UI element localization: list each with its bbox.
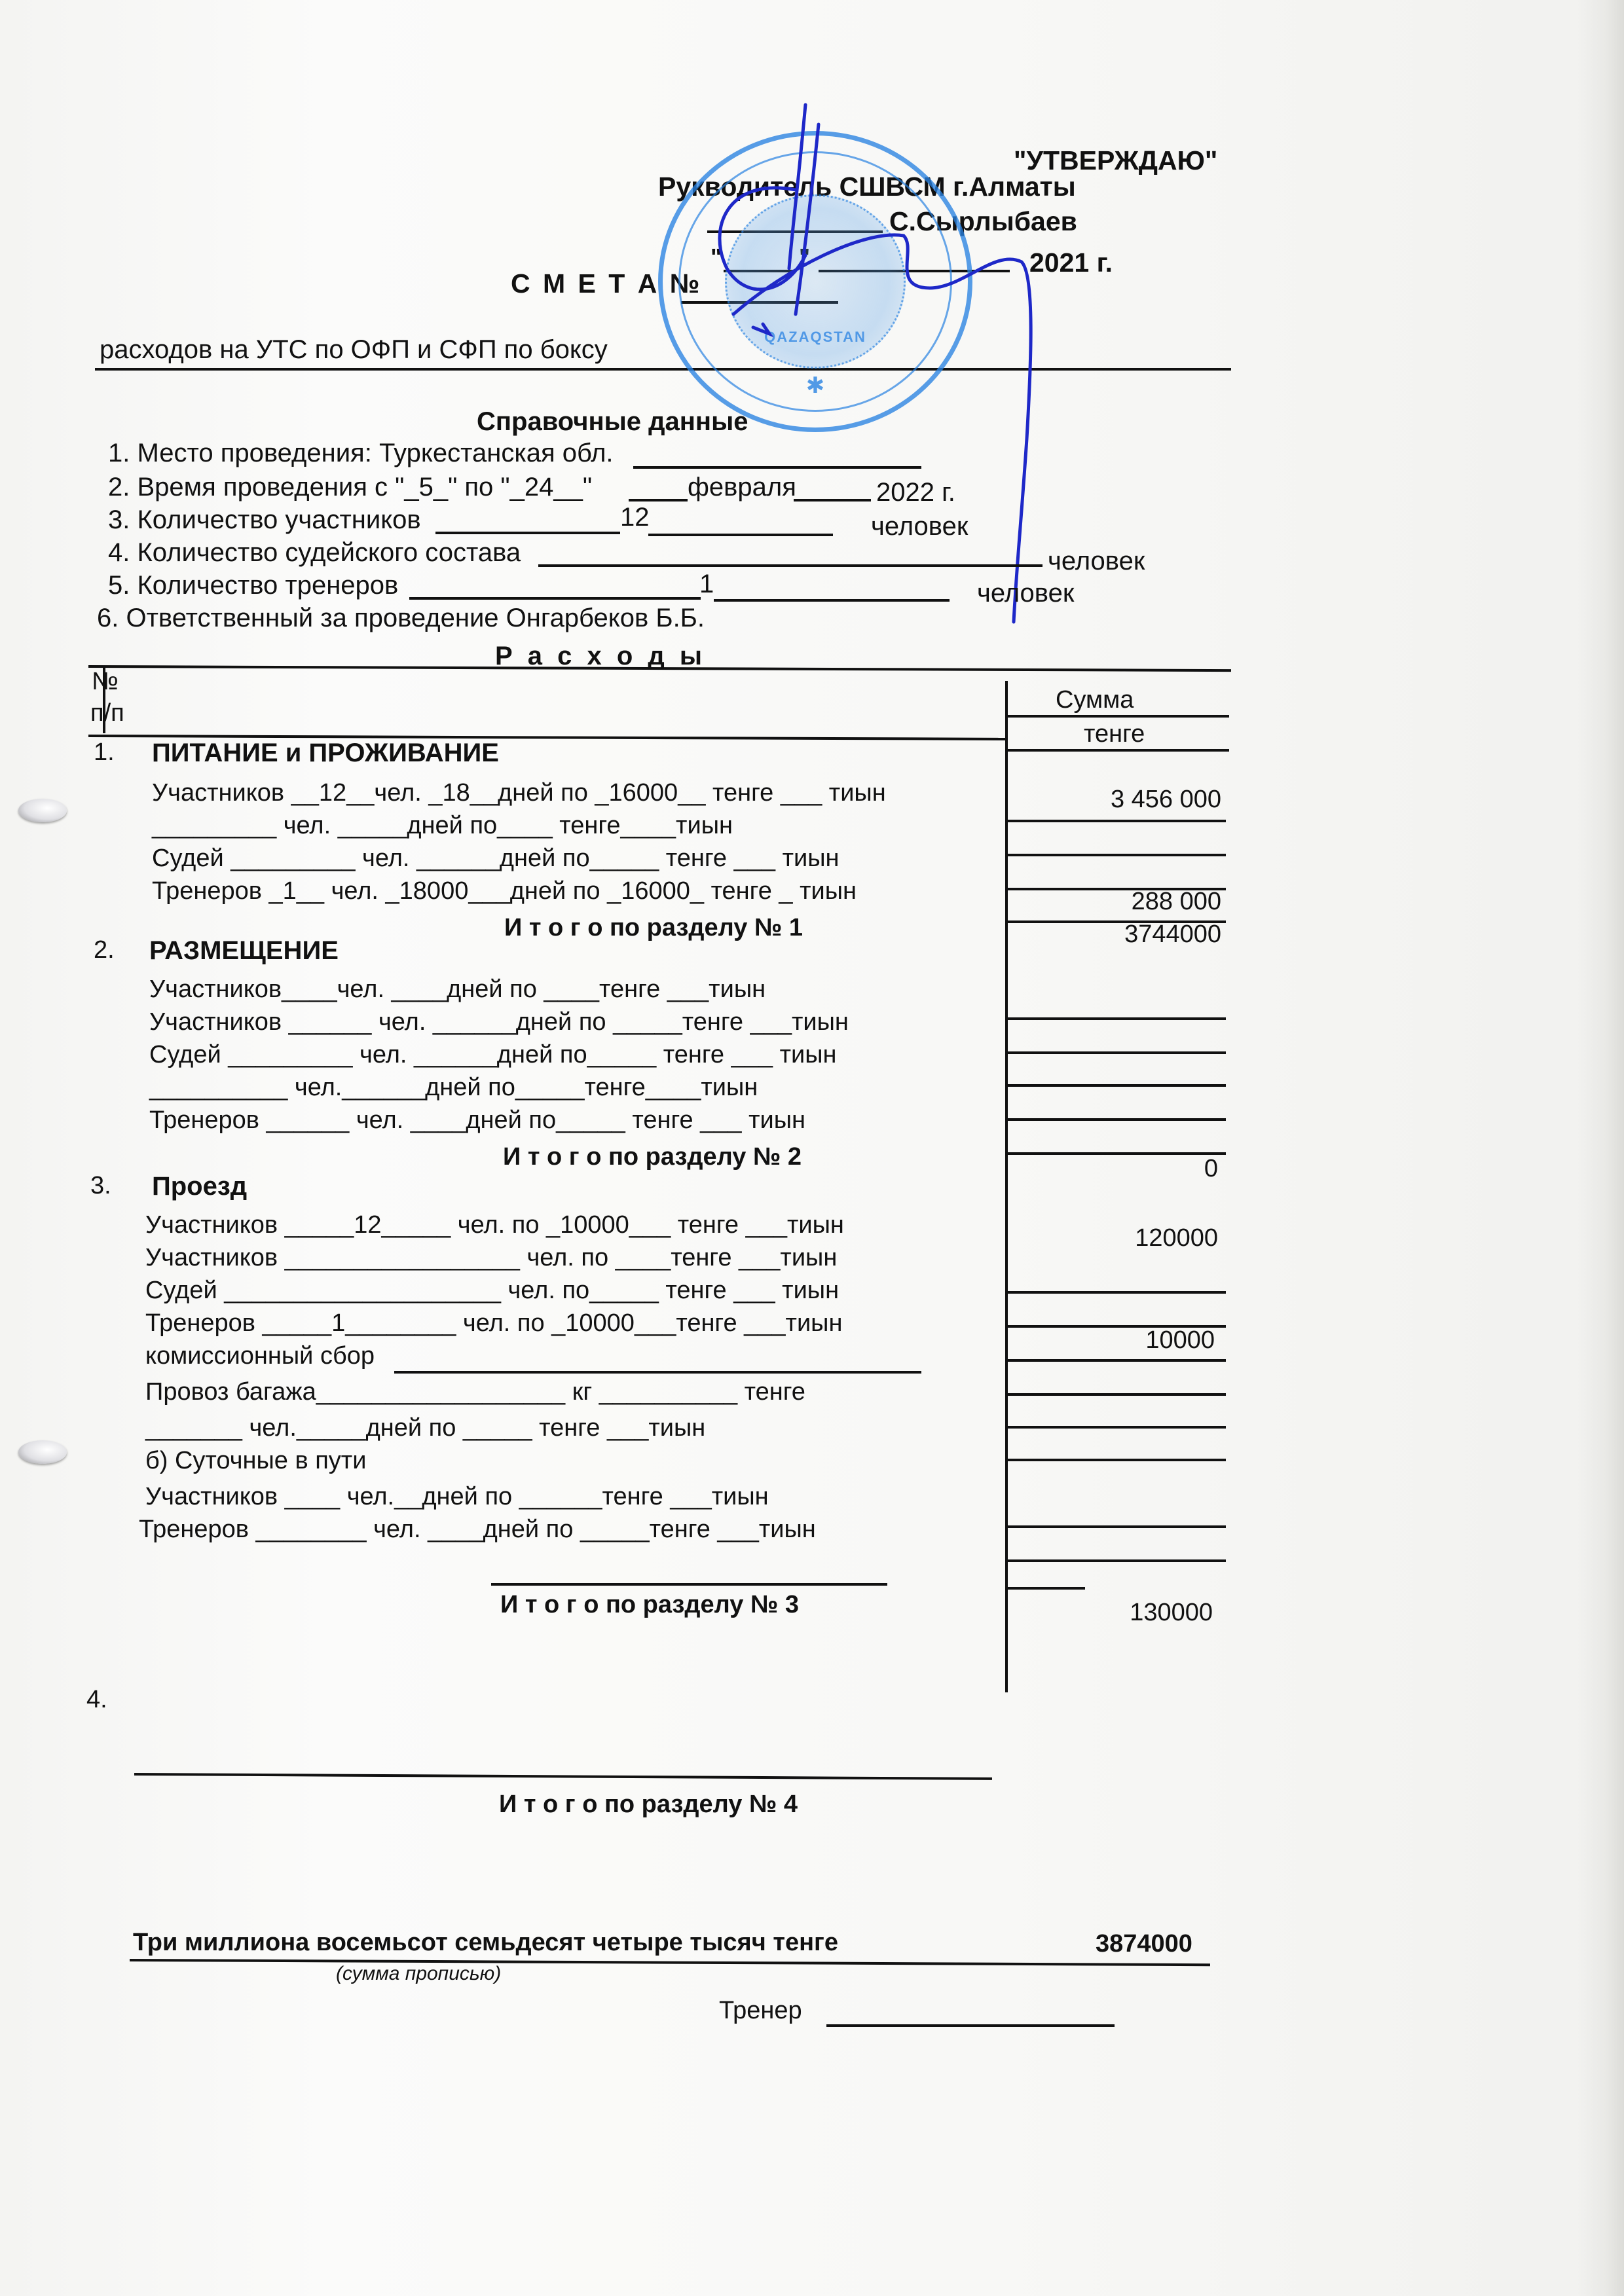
sum-header-line1: Сумма bbox=[1056, 686, 1134, 714]
month-line-left bbox=[629, 499, 688, 501]
num-header-line1: № bbox=[92, 668, 119, 696]
section-1-title: ПИТАНИЕ и ПРОЖИВАНИЕ bbox=[152, 738, 499, 768]
coach-signature-line bbox=[826, 2024, 1115, 2027]
coaches-line-left bbox=[409, 597, 701, 600]
section-3-row-3: Судей ____________________ чел. по_____ … bbox=[145, 1277, 839, 1305]
reference-item-6: 6. Ответственный за проведение Онгарбеко… bbox=[97, 604, 705, 633]
section-1-row-4: Тренеров _1__ чел. _18000___дней по _160… bbox=[152, 877, 857, 905]
sum-line bbox=[1006, 854, 1226, 856]
section-2-num: 2. bbox=[94, 936, 115, 964]
section-2-row-2: Участников ______ чел. ______дней по ___… bbox=[149, 1008, 849, 1036]
section-3-title: Проезд bbox=[152, 1172, 247, 1201]
sum-line bbox=[1006, 1459, 1226, 1461]
reference-item-1-line bbox=[633, 466, 921, 469]
section-2-row-5: Тренеров ______ чел. ____дней по_____ те… bbox=[149, 1106, 805, 1135]
reference-item-2-year: 2022 г. bbox=[876, 478, 955, 507]
section-1-num: 1. bbox=[94, 738, 115, 767]
punch-hole-icon bbox=[18, 799, 67, 822]
coach-signature-label: Тренер bbox=[719, 1997, 802, 2025]
section-4-num: 4. bbox=[86, 1686, 107, 1714]
grand-total-caption: (сумма прописью) bbox=[336, 1963, 501, 1985]
section-3-row-6: Провоз багажа__________________ кг _____… bbox=[145, 1378, 805, 1406]
section-1-row-1: Участников __12__чел. _18__дней по _1600… bbox=[152, 779, 886, 807]
section-3-row-8: б) Суточные в пути bbox=[145, 1447, 366, 1475]
subtitle-underline bbox=[95, 368, 1231, 371]
coaches-count: 1 bbox=[699, 570, 714, 599]
grand-total-amount: 3874000 bbox=[1096, 1930, 1192, 1958]
sum-line bbox=[1006, 820, 1226, 822]
sum-line bbox=[1006, 1051, 1226, 1054]
section-1-row-3: Судей _________ чел. ______дней по_____ … bbox=[152, 845, 840, 873]
section-3-row-10: Тренеров ________ чел. ____дней по _____… bbox=[139, 1516, 816, 1544]
participants-line-left bbox=[435, 532, 620, 534]
grand-total-words: Три миллиона восемьсот семьдесят четыре … bbox=[133, 1929, 838, 1957]
reference-item-5: 5. Количество тренеров bbox=[108, 571, 398, 600]
participants-line-right bbox=[648, 534, 833, 536]
participants-unit: человек bbox=[871, 512, 968, 541]
section-1-row-4-sum: 288 000 bbox=[1025, 888, 1221, 916]
section-3-total: 130000 bbox=[1016, 1599, 1213, 1627]
reference-heading: Справочные данные bbox=[477, 407, 748, 437]
punch-hole-icon bbox=[18, 1440, 67, 1464]
judges-line bbox=[538, 564, 1043, 567]
section-3-num: 3. bbox=[90, 1172, 111, 1200]
section-2-row-1: Участников____чел. ____дней по ____тенге… bbox=[149, 975, 766, 1004]
section-3-row-1: Участников _____12_____ чел. по _10000__… bbox=[145, 1211, 844, 1239]
commission-line bbox=[394, 1371, 921, 1374]
sum-line bbox=[1006, 1525, 1226, 1528]
coaches-unit: человек bbox=[977, 579, 1074, 608]
document-subtitle: расходов на УТС по ОФП и СФП по боксу bbox=[100, 335, 608, 365]
sum-line bbox=[1006, 1393, 1226, 1396]
section-2-row-3: Судей _________ чел. ______дней по_____ … bbox=[149, 1041, 837, 1069]
section-3-row-4-sum: 10000 bbox=[1018, 1326, 1215, 1355]
num-header-line2: п/п bbox=[90, 699, 124, 727]
section-2-total-label: И т о г о по разделу № 2 bbox=[503, 1143, 802, 1171]
sum-line bbox=[1006, 1017, 1226, 1020]
approval-year: 2021 г. bbox=[1029, 247, 1113, 278]
coaches-line-right bbox=[714, 599, 950, 602]
sum-line bbox=[1006, 1084, 1226, 1087]
reference-item-2-month: февраля bbox=[688, 473, 796, 502]
section-4-total-label: И т о г о по разделу № 4 bbox=[499, 1791, 798, 1819]
official-stamp-icon: QAZAQSTAN ✱ bbox=[658, 131, 972, 432]
reference-item-4: 4. Количество судейского состава bbox=[108, 538, 521, 568]
section-3-row-5: комиссионный сбор bbox=[145, 1342, 375, 1370]
section-2-title: РАЗМЕЩЕНИЕ bbox=[149, 936, 339, 966]
reference-item-3: 3. Количество участников bbox=[108, 505, 421, 535]
section-3-row-9: Участников ____ чел.__дней по ______тенг… bbox=[145, 1483, 769, 1511]
sum-line bbox=[1006, 1426, 1226, 1429]
section-3-total-line bbox=[491, 1583, 887, 1586]
judges-unit: человек bbox=[1048, 547, 1145, 576]
reference-item-2: 2. Время проведения с "_5_" по "_24__" bbox=[108, 473, 592, 502]
section-2-row-4: __________ чел.______дней по_____тенге__… bbox=[149, 1074, 758, 1102]
sum-header-bottom bbox=[1006, 749, 1229, 752]
participants-count: 12 bbox=[620, 503, 650, 532]
reference-item-1: 1. Место проведения: Туркестанская обл. bbox=[108, 439, 614, 468]
section-1-total: 3744000 bbox=[1025, 920, 1221, 949]
sum-header-divider bbox=[1006, 715, 1229, 718]
section-3-row-7: _______ чел._____дней по _____ тенге ___… bbox=[145, 1414, 705, 1442]
month-line-right bbox=[794, 499, 871, 501]
page-edge-shadow bbox=[1578, 0, 1624, 2296]
section-1-row-2: _________ чел. _____дней по____ тенге___… bbox=[152, 812, 733, 840]
sum-line bbox=[1006, 1118, 1226, 1121]
sum-line bbox=[1006, 1291, 1226, 1294]
section-1-row-1-sum: 3 456 000 bbox=[1025, 786, 1221, 814]
section-3-row-4: Тренеров _____1________ чел. по _10000__… bbox=[145, 1309, 842, 1338]
section-3-total-label: И т о г о по разделу № 3 bbox=[500, 1591, 799, 1619]
sum-line bbox=[1006, 1559, 1226, 1562]
section-2-total: 0 bbox=[1022, 1155, 1218, 1183]
sum-column-divider bbox=[1005, 681, 1008, 1692]
section-3-row-2: Участников _________________ чел. по ___… bbox=[145, 1244, 837, 1272]
sum-line-short bbox=[1006, 1587, 1085, 1590]
section-1-total-label: И т о г о по разделу № 1 bbox=[504, 914, 803, 942]
sum-header-line2: тенге bbox=[1084, 720, 1145, 748]
sum-line bbox=[1006, 1359, 1226, 1362]
section-3-row-1-sum: 120000 bbox=[1022, 1224, 1218, 1252]
